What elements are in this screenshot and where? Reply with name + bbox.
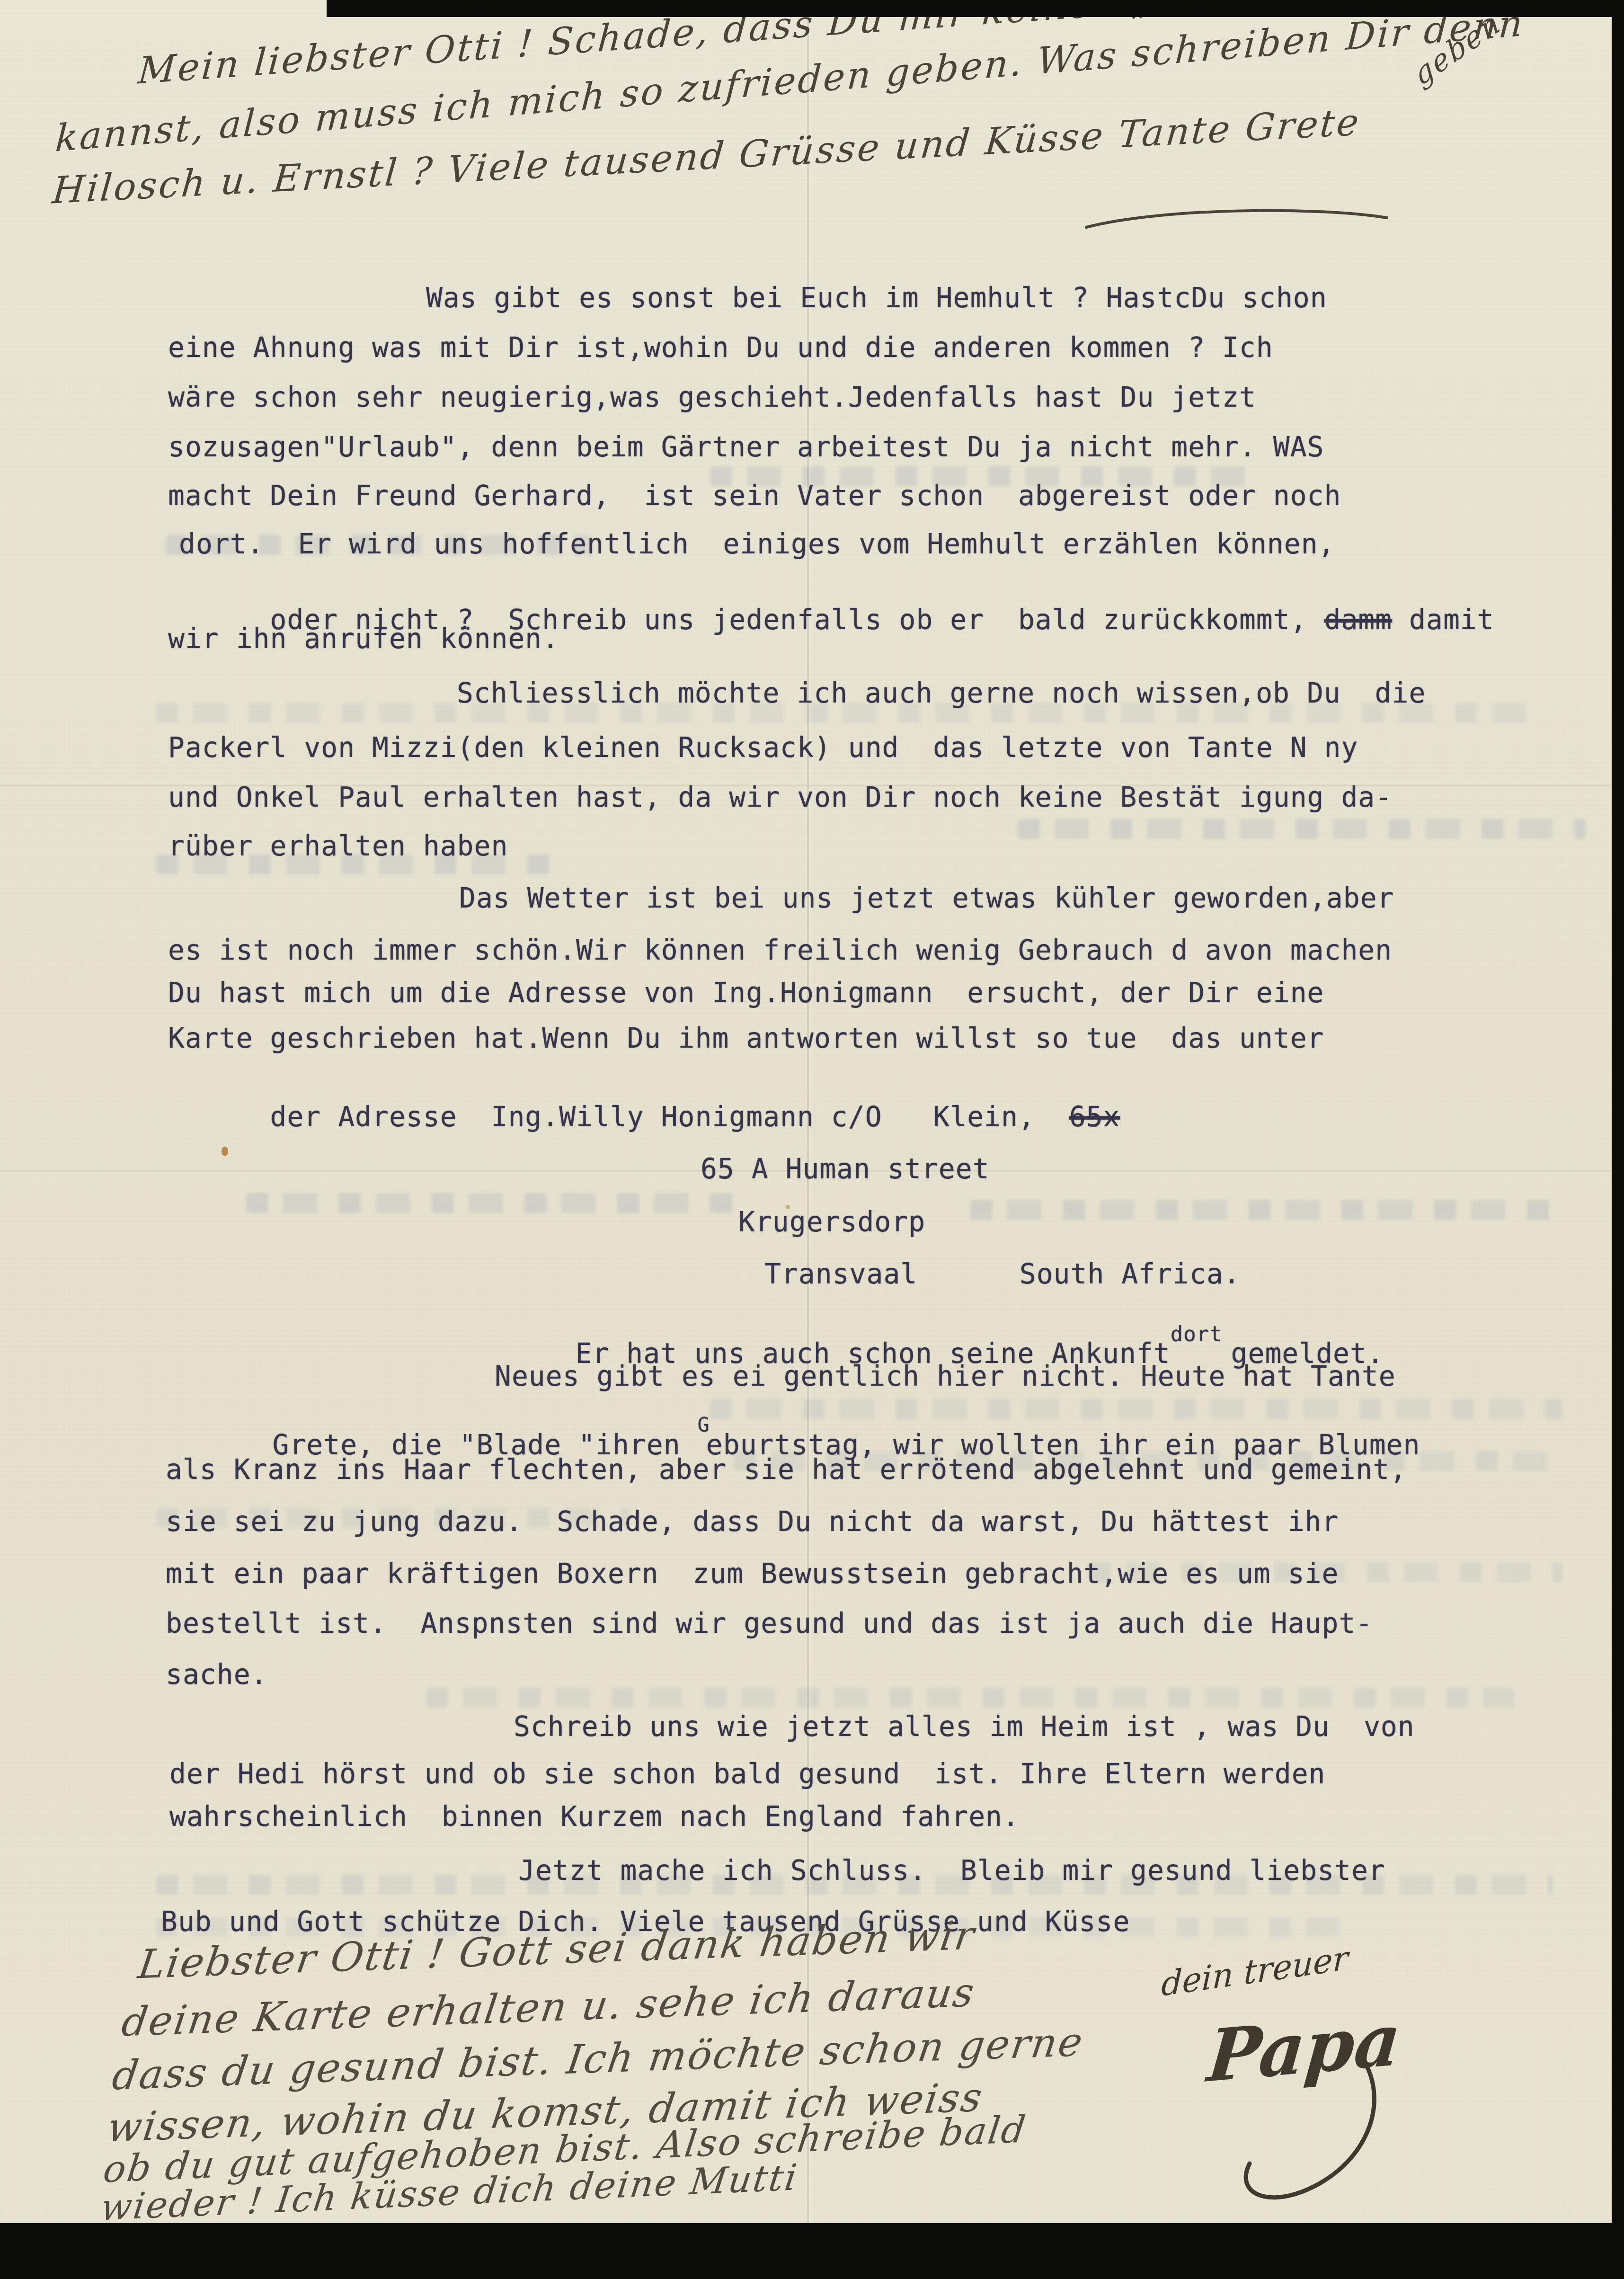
typed-line-segment: damit [1392, 604, 1494, 636]
typed-line: wahrscheinlich binnen Kurzem nach Englan… [169, 1803, 1020, 1830]
address-city: Krugersdorp [738, 1208, 925, 1236]
inserted-letter-above: G [698, 1415, 710, 1435]
signature-flourish [1207, 2050, 1406, 2220]
typed-line: der Hedi hörst und ob sie schon bald ges… [169, 1760, 1326, 1788]
letter-page: Mein liebster Otti ! Schade, dass Du mir… [0, 0, 1624, 2279]
typed-line: sie sei zu jung dazu. Schade, dass Du ni… [166, 1508, 1339, 1535]
typed-line: und Onkel Paul erhalten hast, da wir von… [168, 783, 1392, 811]
address-region-country: Transvaal South Africa. [764, 1260, 1241, 1288]
typed-line: bestellt ist. Anspnsten sind wir gesund … [166, 1610, 1373, 1637]
typed-line: Jetzt mache ich Schluss. Bleib mir gesun… [518, 1857, 1385, 1884]
scanned-letter: Mein liebster Otti ! Schade, dass Du mir… [0, 0, 1624, 2279]
closing-line: dein treuer [1161, 1938, 1349, 2004]
typed-line: sache. [166, 1661, 268, 1688]
struck-out-word: damm [1324, 604, 1393, 636]
typed-line: sozusagen"Urlaub", denn beim Gärtner arb… [168, 433, 1324, 461]
typed-line: eine Ahnung was mit Dir ist,wohin Du und… [168, 334, 1273, 361]
struck-out-word: 65x [1069, 1101, 1120, 1133]
typed-line: Das Wetter ist bei uns jetzt etwas kühle… [459, 884, 1394, 912]
scan-edge-top [327, 0, 1624, 17]
typed-line: Packerl von Mizzi(den kleinen Rucksack) … [168, 734, 1358, 761]
typed-line-segment: der Adresse Ing.Willy Honigmann c/O Klei… [270, 1101, 1069, 1133]
bleedthrough-row [246, 1193, 743, 1213]
typed-line: Schliesslich möchte ich auch gerne noch … [457, 679, 1426, 707]
scan-edge-bottom [0, 2223, 1624, 2279]
typed-line: Was gibt es sonst bei Euch im Hemhult ? … [426, 284, 1327, 312]
typed-line: mit ein paar kräftigen Boxern zum Bewuss… [166, 1560, 1339, 1587]
typed-line: macht Dein Freund Gerhard, ist sein Vate… [168, 482, 1341, 509]
typed-line: dort. Er wird uns hoffentlich einiges vo… [179, 530, 1335, 558]
typed-line: es ist noch immer schön.Wir können freil… [168, 936, 1392, 964]
scan-edge-right [1612, 0, 1624, 2279]
inserted-word-above: dort [1171, 1324, 1223, 1345]
typed-line: Neues gibt es ei gentlich hier nicht. He… [495, 1362, 1396, 1390]
address-street: 65 A Human street [701, 1155, 990, 1183]
typed-line: Schreib uns wie jetzt alles im Heim ist … [514, 1713, 1415, 1740]
typed-line: wäre schon sehr neugierig,was geschieht.… [168, 383, 1256, 411]
typed-line: rüber erhalten haben [168, 832, 508, 860]
typed-line: wir ihn anrufen können. [168, 625, 559, 652]
bleedthrough-row [426, 1688, 1515, 1708]
typed-line: Du hast mich um die Adresse von Ing.Honi… [168, 979, 1324, 1006]
underline-flourish [1084, 204, 1396, 237]
bleedthrough-row [970, 1200, 1562, 1220]
bleedthrough-row [1018, 819, 1586, 839]
typed-line: der Adresse Ing.Willy Honigmann c/O Klei… [168, 1076, 1120, 1158]
typed-line: Karte geschrieben hat.Wenn Du ihm antwor… [168, 1024, 1324, 1052]
typed-line: als Kranz ins Haar flechten, aber sie ha… [166, 1456, 1407, 1483]
